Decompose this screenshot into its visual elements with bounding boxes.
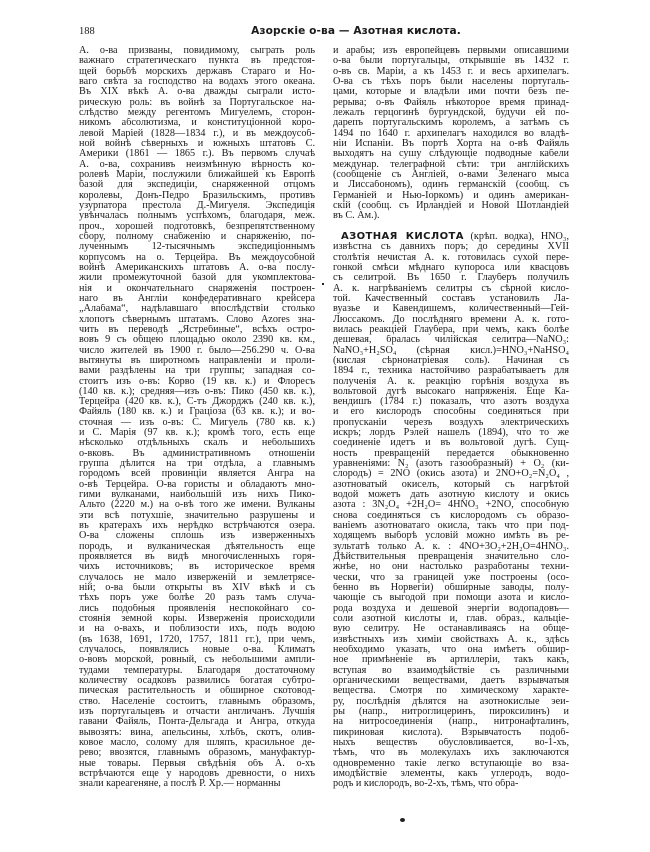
text-line: Альто (2220 м.) на о-вѣ того же имени. В… — [79, 500, 315, 510]
text-line: (сообщенiе съ Англiей, о-вами Зеленаго м… — [333, 170, 569, 180]
text-line: ное примѣненiе въ артиллерiи, такъ какъ, — [333, 655, 569, 665]
text-line: чить въ переводѣ „Ястребиные“, всѣхъ ост… — [79, 325, 315, 335]
text-line: о-вѣ Терцейра. О-ва гористы и обладаютъ … — [79, 480, 315, 490]
text-line: изъ португальцевъ и отчасти англичанъ. Л… — [79, 707, 315, 717]
text-line: А. к. нагрѣванiемъ селитры съ сѣрной кис… — [333, 284, 569, 294]
text-line: скiй (сообщ. съ Ирландiей и Новой Шотлан… — [333, 201, 569, 211]
text-line: полученiя А. к. реакцiю горѣнiя воздуха … — [333, 377, 569, 387]
text-line: вывозятъ: вина, апельсины, хлѣбъ, скотъ,… — [79, 728, 315, 738]
text-line: королевы, Донъ-Педро Бразильскимъ, проти… — [79, 191, 315, 201]
text-line: органическими веществами, даетъ взрывчат… — [333, 676, 569, 686]
text-line: жнѣе, но они настолько разработаны техни… — [333, 562, 569, 572]
text-line: чающiе съ выгодой при помощи азота и кис… — [333, 593, 569, 603]
text-line: встрѣчаются еще у народовъ древности, о … — [79, 769, 315, 779]
text-line: водой можетъ дать азотную кислоту и окис… — [333, 490, 569, 500]
text-line: (140 кв. к.); средняя—изъ о-въ: Пико (45… — [79, 387, 315, 397]
text-line: число жителей въ 1900 г. было—256.290 ч.… — [79, 346, 315, 356]
continuation-text: и арабы; изъ европейцевъ первыми описавш… — [333, 46, 569, 222]
text-line: ры (напр., нитроглицеринъ, пироксилинъ) … — [333, 707, 569, 717]
text-line: цами, которые и владѣли ими почти безъ п… — [333, 87, 569, 97]
text-line: гими вулканами, наибольшiй изъ нихъ Пико… — [79, 490, 315, 500]
text-line: азотноватый окиселъ, который съ нагрѣтой — [333, 480, 569, 490]
text-line: Файяль (180 кв. к.) и Грацiоза (63 кв. к… — [79, 407, 315, 417]
ink-blot — [400, 818, 405, 822]
text-line: зультатѣ только А. к. : 4NO+3O₂+2H₂O=4HN… — [333, 542, 569, 552]
text-line: о-вовъ морской, ровный, съ небольшими ам… — [79, 655, 315, 665]
text-line: А. о-ва призваны, повидимому, сыграть ро… — [79, 46, 315, 56]
text-line: ность превращенiй передается обыкновенно — [333, 449, 569, 459]
text-line: пическая растительность и обширное ското… — [79, 686, 315, 696]
text-line: вовъ 9 съ общею площадью около 2390 кв. … — [79, 335, 315, 345]
text-line: и арабы; изъ европейцевъ первыми описавш… — [333, 46, 569, 56]
text-line: слѣдство между регентомъ Мигуелемъ, стор… — [79, 108, 315, 118]
text-line: нѣсколько отдѣльныхъ скалъ и небольшихъ — [79, 438, 315, 448]
text-line: въ кратерахъ ихъ нерѣдко встрѣчаются озе… — [79, 521, 315, 531]
article-headword: АЗОТНАЯ КИСЛОТА — [341, 232, 464, 242]
text-line: нiй; о-ва были открыты въ XIV вѣкѣ и съ — [79, 583, 315, 593]
text-line: необходимо указать, что она имѣетъ обшир… — [333, 645, 569, 655]
text-line: о-въ св. Марiи, а къ 1453 г. и весь архи… — [333, 67, 569, 77]
text-line: вольтовой дугѣ высокаго напряженiя. Еще … — [333, 387, 569, 397]
text-line: Терцейра (420 кв. к.), С-тъ Джорджъ (240… — [79, 397, 315, 407]
text-line: Дѣйствительныя превращенiя значительно с… — [333, 552, 569, 562]
text-line: гонкой смѣси мѣднаго купороса или квасцо… — [333, 263, 569, 273]
text-line: сточная — изъ о-въ: С. Мигуель (780 кв. … — [79, 418, 315, 428]
text-line: пропусканiи черезъ воздухъ электрических… — [333, 418, 569, 428]
text-line: на нитросоединенiя (напр., нитронафталин… — [333, 717, 569, 727]
text-line: дешевая, бралась чилiйская селитра—NaNO₃… — [333, 335, 569, 345]
text-line: никомъ абсолютизма, и конституцiонной ко… — [79, 118, 315, 128]
text-line: рода воздуха и дешевой энергiи водопадов… — [333, 604, 569, 614]
text-line: соединенiе идетъ и въ вольтовой дугѣ. Су… — [333, 438, 569, 448]
text-line: ванiемъ азотноватаго окисла, такъ что пр… — [333, 521, 569, 531]
text-line: тѣмъ, что въ молекулахъ ихъ заключаются — [333, 748, 569, 758]
text-line: лежалъ герцогинѣ бургундской, будучи ей … — [333, 108, 569, 118]
text-line: NaNO₃+H₂SO₄ (сѣрная кисл.)=HNO₃+NaHSO₄ — [333, 346, 569, 356]
text-line: ные товары. Первыя свѣдѣнiя объ А. о-хъ — [79, 759, 315, 769]
text-line: и на о-вахъ, и поблизости ихъ, подъ водо… — [79, 624, 315, 634]
text-line: тѣхъ поръ уже болѣе 20 разъ тамъ случа- — [79, 593, 315, 603]
text-line: имодѣйствiе элементы, какъ углеродъ, вод… — [333, 769, 569, 779]
text-line: Америки (1861 — 1865 г.). Въ первомъ слу… — [79, 149, 315, 159]
text-line: слородъ) = 2NO (окись азота) и 2NO+O₂=N₂… — [333, 469, 569, 479]
section-gap — [333, 222, 569, 232]
text-line: пикриновая кислота). Взрывчатость подоб- — [333, 728, 569, 738]
text-line: ру, послѣднiя дѣлятся на азотнокислые эе… — [333, 697, 569, 707]
text-line: (въ 1638, 1691, 1720, 1757, 1811 гг.), п… — [79, 635, 315, 645]
text-line: ной войнѣ сѣверныхъ и южныхъ штатовъ С. — [79, 139, 315, 149]
text-line: вещества. Смотря по химическому характе- — [333, 686, 569, 696]
article-first-line: АЗОТНАЯ КИСЛОТА (крѣп. водка), HNO₃, — [333, 232, 569, 242]
text-line: Въ XIX вѣкѣ А. о-ва дважды сыграли исто- — [79, 87, 315, 97]
text-line: левой Марiей (1828—1834 г.), и въ междоу… — [79, 129, 315, 139]
text-line: (кислая сѣрнонатрiевая соль). Начиная съ — [333, 356, 569, 366]
text-line: вую селитру. Не останавливаясь на обще- — [333, 624, 569, 634]
text-line: извѣстна съ давнихъ поръ; до середины XV… — [333, 242, 569, 252]
headword-gloss: (крѣп. водка), HNO₃, — [464, 232, 569, 242]
text-line: столѣтiя нечистая А. к. готовилась сухой… — [333, 253, 569, 263]
text-line: группа дѣлится на три отдѣла, а главнымъ — [79, 459, 315, 469]
text-line: ковое масло, солому для шляпъ, красильно… — [79, 738, 315, 748]
text-line: жили промежуточной базой для укомплектов… — [79, 273, 315, 283]
text-line: вилась реакцiей Глаубера, при чемъ, какъ… — [333, 325, 569, 335]
text-line: вступая во взаимодѣйствiе съ различными — [333, 666, 569, 676]
text-line: снова соединяться съ кислородомъ съ обра… — [333, 511, 569, 521]
text-line: хлопотъ сѣвернымъ штатамъ. Слово Azores … — [79, 315, 315, 325]
text-line: съ селитрой. Въ 1650 г. Глауберъ получил… — [333, 273, 569, 283]
text-line: нiя и окончательнаго снаряженiя построен… — [79, 284, 315, 294]
text-line: количеству осадковъ развились богатая су… — [79, 676, 315, 686]
text-line: гавани Файяль, Понта-Дельгада и Ангра, о… — [79, 717, 315, 727]
text-line: ныхъ веществъ обусловливается, во-1-хъ, — [333, 738, 569, 748]
text-line: породъ, и вулканическая дѣятельность еще — [79, 542, 315, 552]
text-line: и С. Марiя (97 кв. к.); кромѣ того, есть… — [79, 428, 315, 438]
text-line: „Алабама“, надѣлавшаго впослѣдствiи стол… — [79, 304, 315, 314]
text-line: соли азотной кислоты и, глав. образ., ка… — [333, 614, 569, 624]
text-line: выходятъ на сушу слѣдующiе подводные каб… — [333, 149, 569, 159]
text-line: чески, что за границей уже построены (ос… — [333, 573, 569, 583]
text-line: вами раздѣлены на три группы; западная с… — [79, 366, 315, 376]
text-line: рерыва; о-въ Файяль нѣкоторое время прин… — [333, 98, 569, 108]
text-line: 1894 г., техника настойчиво разрабатывае… — [333, 366, 569, 376]
margin-mark — [322, 283, 324, 285]
text-line: и Лиссабономъ), одинъ германскiй (сообщ.… — [333, 180, 569, 190]
text-line: рево; ввозятся, главнымъ образомъ, мануф… — [79, 748, 315, 758]
text-line: рическую роль: въ войнѣ за Португальское… — [79, 98, 315, 108]
text-line: родъ и кислородъ, во-2-хъ, тѣмъ, что обр… — [333, 779, 569, 789]
text-line: уравненiями: N₂ (азотъ газообразный) + O… — [333, 459, 569, 469]
text-line: стоянiя земной коры. Изверженiя происход… — [79, 614, 315, 624]
text-line: войнѣ Американскихъ штатовъ А. о-ва посл… — [79, 263, 315, 273]
text-line: вуазье и Кавендишемъ, количественный—Гей… — [333, 304, 569, 314]
text-line: дарепъ португальскимъ королемъ, а затѣмъ… — [333, 118, 569, 128]
text-line: о-ва были португальцы, открывшiе въ 1432… — [333, 56, 569, 66]
text-line: щей борьбѣ морскихъ державъ Стараго и Но… — [79, 67, 315, 77]
text-line: корпусомъ на о. Терцейра. Въ междоусобно… — [79, 253, 315, 263]
text-line: узурпатора престола Д.-Мигуеля. Экспедиц… — [79, 201, 315, 211]
text-line: знали кареагеняне, а послѣ Р. Хр.— норма… — [79, 779, 315, 789]
text-line: междунар. телеграфной сѣти: три англiйск… — [333, 160, 569, 170]
text-line: проч., хорошей подготовкѣ, безпрепятстве… — [79, 222, 315, 232]
text-line: сбору, полному снабженiю и снаряженiю, п… — [79, 232, 315, 242]
text-line: лученнымъ 12-тысячнымъ экспедицiоннымъ — [79, 242, 315, 252]
text-line: базой для экспедицiи, снаряженной отцомъ — [79, 180, 315, 190]
text-line: бенно въ Норвегiи) обширные заводы, полу… — [333, 583, 569, 593]
text-line: ваго свѣта за господство на водахъ этого… — [79, 77, 315, 87]
text-line: Германiей и Нью-Iоркомъ) и одинъ америка… — [333, 191, 569, 201]
text-line: вытянуты въ широтномъ направленiи и прол… — [79, 356, 315, 366]
text-line: ство. Населенiе состоитъ, главнымъ образ… — [79, 697, 315, 707]
text-line: случалось, появлялись новые о-ва. Климат… — [79, 645, 315, 655]
text-line: проявляется въ видѣ многочисленныхъ горя… — [79, 552, 315, 562]
text-line: и его кислородъ способны соединяться при — [333, 407, 569, 417]
text-line: Люссакомъ. До послѣдняго времени А. к. г… — [333, 315, 569, 325]
text-line: увѣнчалась полнымъ успѣхомъ, благодаря, … — [79, 211, 315, 221]
text-line: ходящемъ выборѣ условiй можно имѣть въ р… — [333, 531, 569, 541]
text-line: въ С. Ам.). — [333, 211, 569, 221]
right-column: и арабы; изъ европейцевъ первыми описавш… — [333, 46, 569, 790]
text-line: А. о-ва, сохранивъ неизмѣнную вѣрность к… — [79, 160, 315, 170]
text-line: вендишъ (1784 г.) показалъ, что азотъ во… — [333, 397, 569, 407]
text-line: лись подобныя проявленiя неспокойнаго со… — [79, 604, 315, 614]
text-line: той. Качественный составъ установилъ Ла- — [333, 294, 569, 304]
text-line: о-вковъ. Въ административномъ отношенiи — [79, 449, 315, 459]
text-line: стоитъ изъ о-въ: Корво (19 кв. к.) и Фло… — [79, 377, 315, 387]
text-line: ролевѣ Марiи, послужили ближайшей къ Евр… — [79, 170, 315, 180]
article-body: извѣстна съ давнихъ поръ; до середины XV… — [333, 242, 569, 789]
text-line: извѣстныхъ изъ химiи свойствахъ А. к., з… — [333, 635, 569, 645]
text-line: наго въ Англiи конфедеративнаго крейсера — [79, 294, 315, 304]
text-line: важнаго стратегическаго пункта въ предст… — [79, 56, 315, 66]
text-line: одновременно такiе легко вступающiе во в… — [333, 759, 569, 769]
text-line: нiи Испанiи. Въ портѣ Хорта на о-вѣ Файя… — [333, 139, 569, 149]
text-line: 1494 по 1640 г. архипелагъ находился во … — [333, 129, 569, 139]
text-line: эти всѣ потухшiе, значительно разрушены … — [79, 511, 315, 521]
text-line: случалось не мало изверженiй и землетряс… — [79, 573, 315, 583]
text-line: искръ; лордъ Рэлей нашелъ (1894), что то… — [333, 428, 569, 438]
text-line: О-ва сложены сплошь изъ изверженныхъ — [79, 531, 315, 541]
text-line: азота : 3N₂O₄ +2H₂O= 4HNO₃ +2NO, способн… — [333, 500, 569, 510]
text-line: городомъ всей провинцiи является Ангра н… — [79, 469, 315, 479]
text-line: чихъ источниковъ; въ историческое время — [79, 562, 315, 572]
left-column: А. о-ва призваны, повидимому, сыграть ро… — [79, 46, 315, 790]
text-line: О-ва съ тѣхъ поръ были населены португал… — [333, 77, 569, 87]
text-line: тудами температуры. Благодаря достаточно… — [79, 666, 315, 676]
running-title: Азорскiе о-ва — Азотная кислота. — [0, 25, 650, 37]
